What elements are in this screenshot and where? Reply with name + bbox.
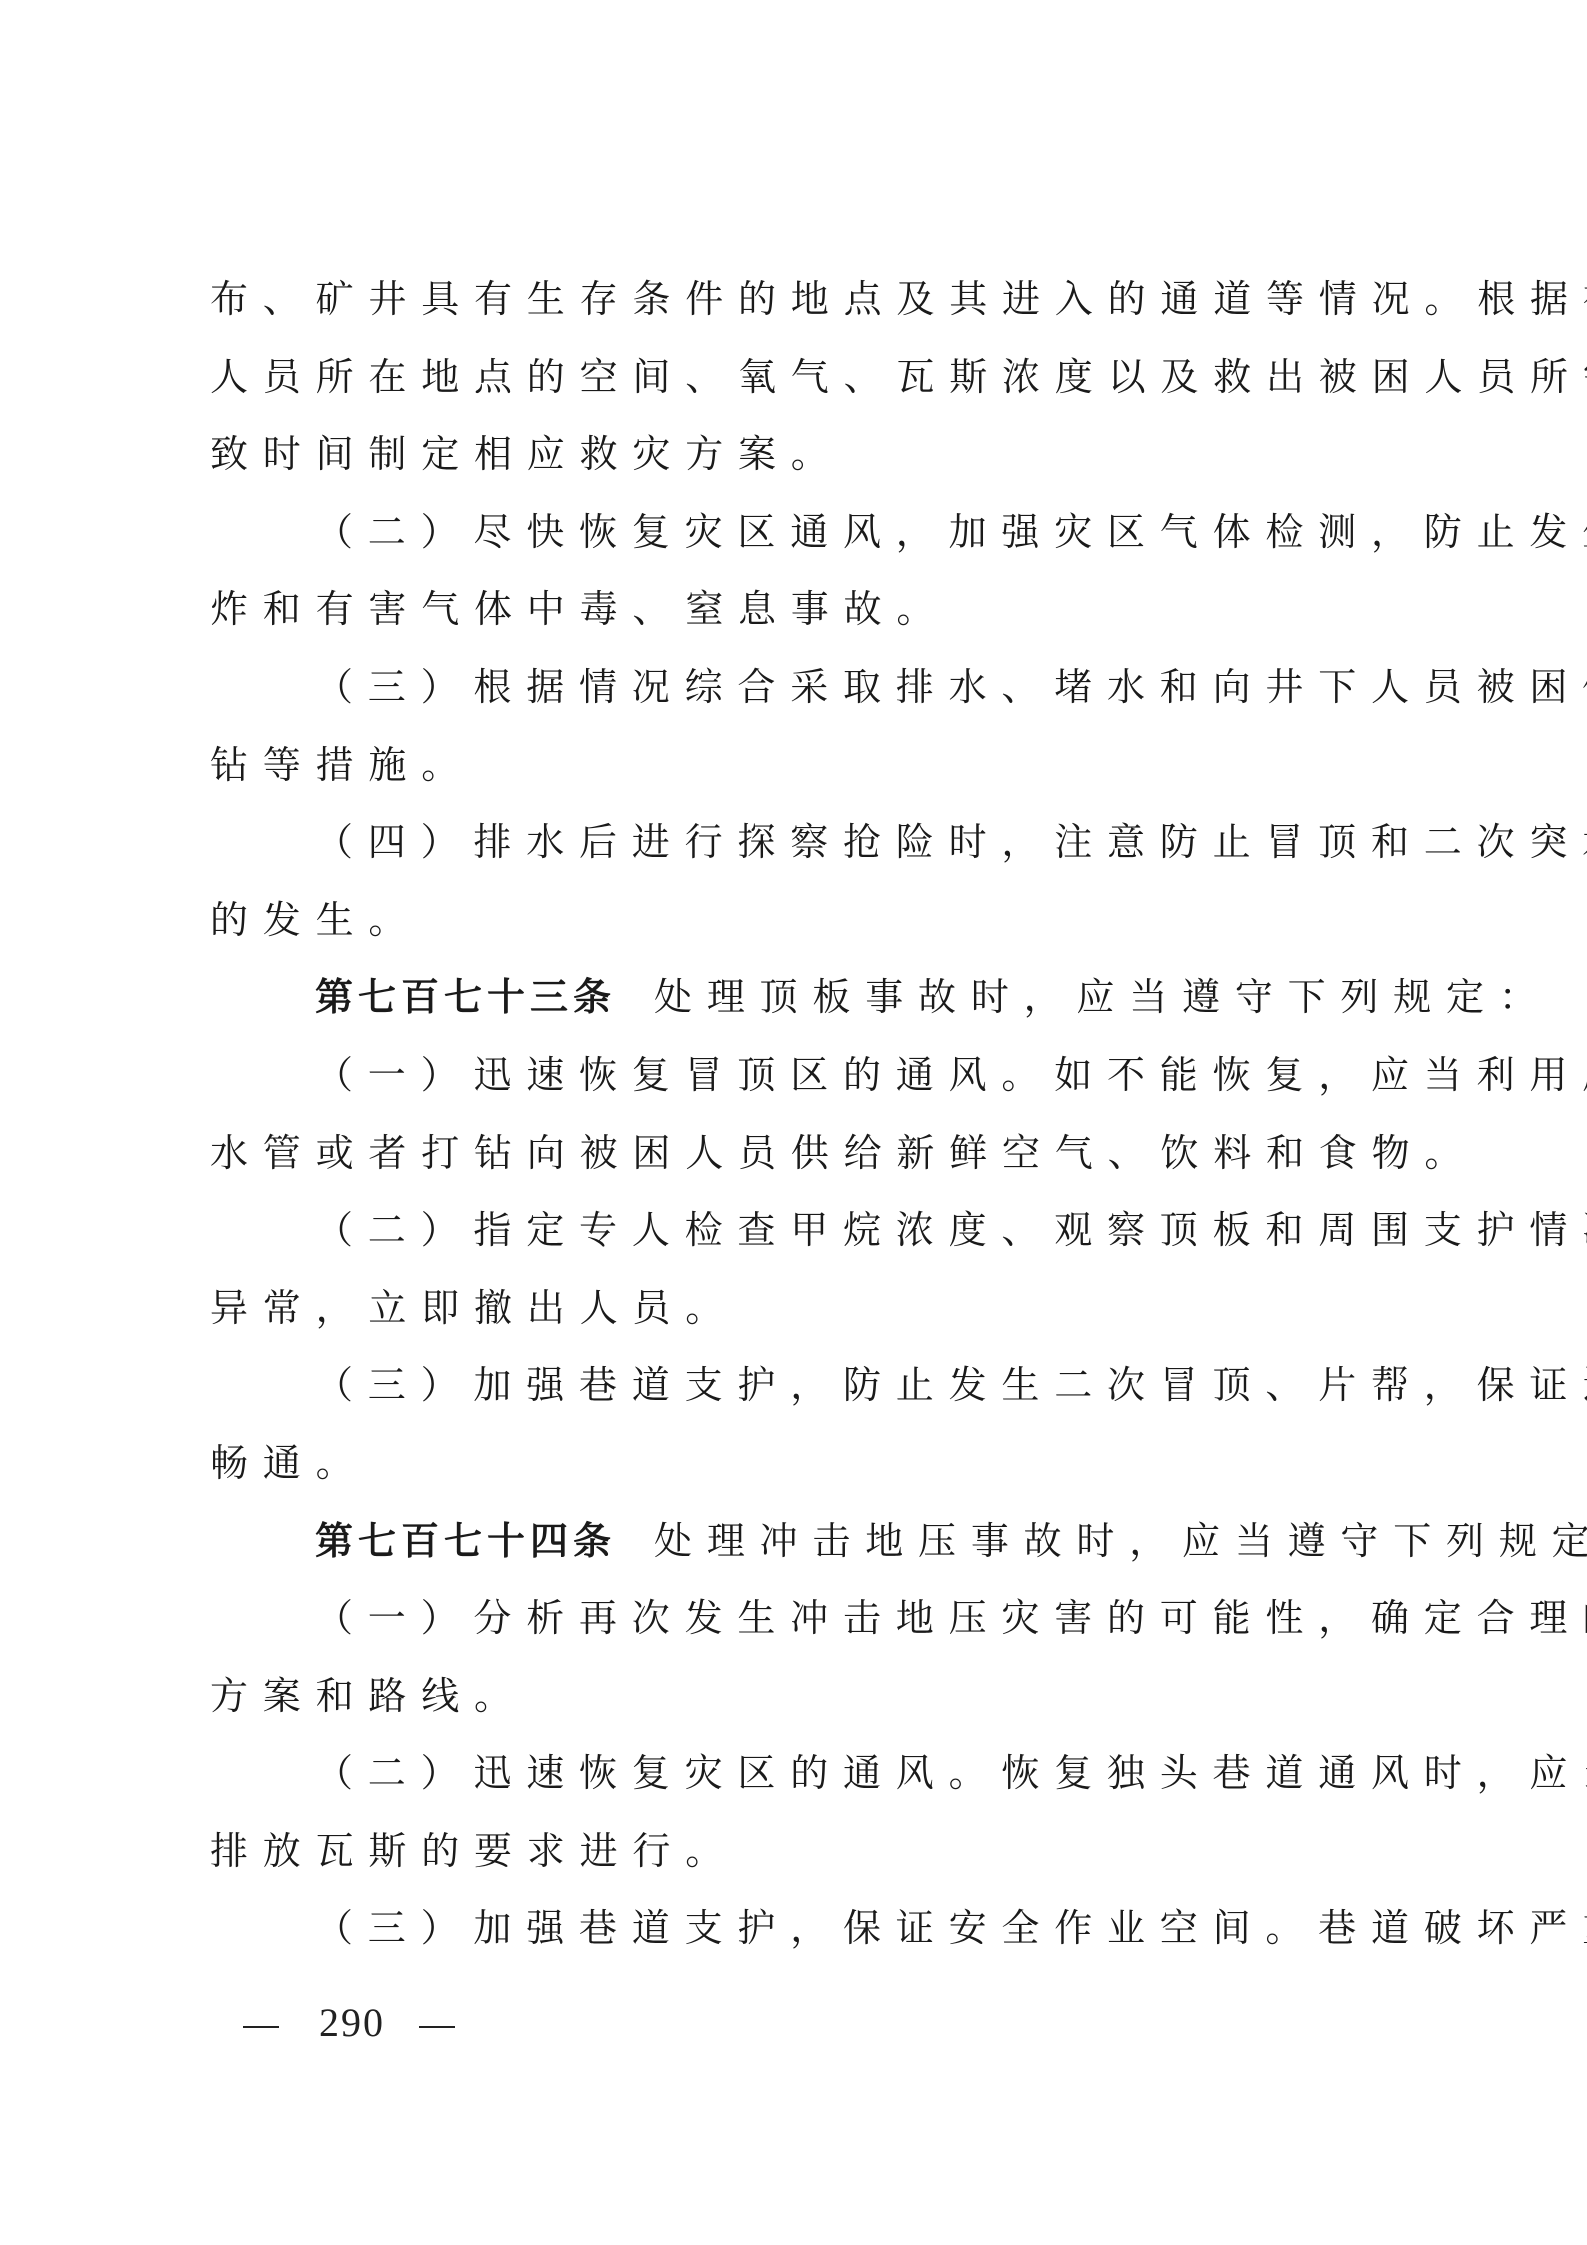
line-text: （三）加强巷道支护，防止发生二次冒顶、片帮，保证退路安全 [315,1363,1587,1407]
text-line: 水管或者打钻向被困人员供给新鲜空气、饮料和食物。 [210,1115,1390,1193]
text-line: 方案和路线。 [210,1658,1390,1736]
dash-right [419,2026,455,2028]
text-line: 钻等措施。 [210,727,1390,805]
line-text: 处理冲击地压事故时，应当遵守下列规定： [654,1519,1587,1563]
line-text: （一）分析再次发生冲击地压灾害的可能性，确定合理的救援 [315,1596,1587,1640]
line-text: 处理顶板事故时，应当遵守下列规定： [654,975,1552,1019]
line-text: （二）尽快恢复灾区通风，加强灾区气体检测，防止发生瓦斯爆 [315,510,1587,554]
page-number: 290 [243,1998,455,2048]
article-heading-line: 第七百七十四条处理冲击地压事故时，应当遵守下列规定： [210,1503,1390,1581]
text-line: 炸和有害气体中毒、窒息事故。 [210,571,1390,649]
text-line: （一）分析再次发生冲击地压灾害的可能性，确定合理的救援 [210,1580,1390,1658]
text-line: 异常，立即撤出人员。 [210,1270,1390,1348]
line-text: 布、矿井具有生存条件的地点及其进入的通道等情况。根据被堵 [210,277,1587,321]
text-line: （三）加强巷道支护，保证安全作业空间。巷道破坏严重、有冒 [210,1890,1390,1968]
line-text: （二）指定专人检查甲烷浓度、观察顶板和周围支护情况，发现 [315,1208,1587,1252]
document-body: 布、矿井具有生存条件的地点及其进入的通道等情况。根据被堵 人员所在地点的空间、氧… [210,261,1390,1968]
line-text: 水管或者打钻向被困人员供给新鲜空气、饮料和食物。 [210,1131,1477,1175]
article-number: 第七百七十四条 [315,1519,616,1563]
line-text: 异常，立即撤出人员。 [210,1286,738,1330]
page-number-value: 290 [319,1998,385,2048]
line-text: 畅通。 [210,1441,368,1485]
text-line: （三）加强巷道支护，防止发生二次冒顶、片帮，保证退路安全 [210,1347,1390,1425]
line-text: 方案和路线。 [210,1674,527,1718]
text-line: 排放瓦斯的要求进行。 [210,1813,1390,1891]
line-text: 的发生。 [210,898,421,942]
text-line: （四）排水后进行探察抢险时，注意防止冒顶和二次突水事故 [210,804,1390,882]
text-line: （一）迅速恢复冒顶区的通风。如不能恢复，应当利用压风管、 [210,1037,1390,1115]
line-text: （三）根据情况综合采取排水、堵水和向井下人员被困位置打 [315,665,1587,709]
line-text: （二）迅速恢复灾区的通风。恢复独头巷道通风时，应当按照 [315,1751,1587,1795]
article-heading-line: 第七百七十三条处理顶板事故时，应当遵守下列规定： [210,959,1390,1037]
text-line: 畅通。 [210,1425,1390,1503]
line-text: （三）加强巷道支护，保证安全作业空间。巷道破坏严重、有冒 [315,1906,1587,1950]
line-text: 炸和有害气体中毒、窒息事故。 [210,587,949,631]
dash-left [243,2026,279,2028]
line-text: （四）排水后进行探察抢险时，注意防止冒顶和二次突水事故 [315,820,1587,864]
line-text: （一）迅速恢复冒顶区的通风。如不能恢复，应当利用压风管、 [315,1053,1587,1097]
text-line: 致时间制定相应救灾方案。 [210,416,1390,494]
text-line: （二）尽快恢复灾区通风，加强灾区气体检测，防止发生瓦斯爆 [210,494,1390,572]
text-line: 人员所在地点的空间、氧气、瓦斯浓度以及救出被困人员所需的大 [210,339,1390,417]
line-text: 钻等措施。 [210,743,474,787]
line-text: 排放瓦斯的要求进行。 [210,1829,738,1873]
text-line: （二）迅速恢复灾区的通风。恢复独头巷道通风时，应当按照 [210,1735,1390,1813]
text-line: 布、矿井具有生存条件的地点及其进入的通道等情况。根据被堵 [210,261,1390,339]
text-line: （三）根据情况综合采取排水、堵水和向井下人员被困位置打 [210,649,1390,727]
line-text: 人员所在地点的空间、氧气、瓦斯浓度以及救出被困人员所需的大 [210,355,1587,399]
text-line: （二）指定专人检查甲烷浓度、观察顶板和周围支护情况，发现 [210,1192,1390,1270]
line-text: 致时间制定相应救灾方案。 [210,432,844,476]
article-number: 第七百七十三条 [315,975,616,1019]
text-line: 的发生。 [210,882,1390,960]
